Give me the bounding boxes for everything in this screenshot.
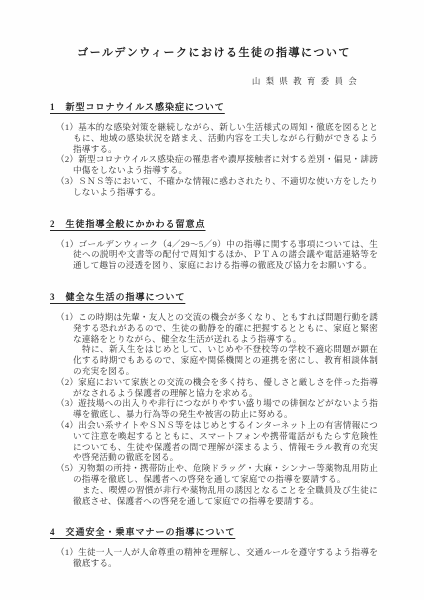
list-item: （2）家庭において家族との交流の機会を多く持ち、優しさと厳しさを伴った指導がなさ… — [56, 377, 378, 399]
list-item-continuation: また、喫煙の習慣が非行や薬物乱用の誘因となることを全職員及び生徒に徹底させ、保護… — [56, 485, 378, 507]
section-heading: 1 新型コロナウイルス感染症について — [50, 100, 378, 113]
page-title: ゴールデンウィークにおける生徒の指導について — [50, 44, 378, 60]
section-items: （1）この時期は先輩・友人との交流の機会が多くなり、ともすれば問題行動を誘発する… — [56, 312, 378, 506]
list-item-continuation: 特に、新入生をはじめとして、いじめや不登校等の学校不適応問題が顕在化する時期でも… — [56, 344, 378, 376]
section-covid: 1 新型コロナウイルス感染症について （1）基本的な感染対策を継続しながら、新し… — [50, 100, 378, 198]
list-item: （2）新型コロナウイルス感染症の罹患者や濃厚接触者に対する差別・偏見・誹謗中傷を… — [56, 154, 378, 176]
list-item: （1）ゴールデンウィーク（4／29～5／9）中の指導に関する事項については、生徒… — [56, 239, 378, 271]
list-item: （1）生徒一人一人が人命尊重の精神を理解し、交通ルールを遵守するよう指導を徹底す… — [56, 547, 378, 569]
list-item: （4）出会い系サイトやＳＮＳ等をはじめとするインターネット上の有害情報について注… — [56, 420, 378, 463]
list-item: （3）ＳＮＳ等において、不確かな情報に惑わされたり、不適切な使い方をしたりしない… — [56, 176, 378, 198]
section-heading: 2 生徒指導全般にかかわる留意点 — [50, 217, 378, 230]
section-healthy-life: 3 健全な生活の指導について （1）この時期は先輩・友人との交流の機会が多くなり… — [50, 290, 378, 506]
section-items: （1）基本的な感染対策を継続しながら、新しい生活様式の周知・徹底を図るとともに、… — [56, 122, 378, 198]
author-line: 山梨県教育委員会 — [50, 75, 378, 87]
section-items: （1）ゴールデンウィーク（4／29～5／9）中の指導に関する事項については、生徒… — [56, 239, 378, 271]
document-page: ゴールデンウィークにおける生徒の指導について 山梨県教育委員会 1 新型コロナウ… — [0, 0, 424, 600]
section-heading: 4 交通安全・乗車マナーの指導について — [50, 525, 378, 538]
section-items: （1）生徒一人一人が人命尊重の精神を理解し、交通ルールを遵守するよう指導を徹底す… — [56, 547, 378, 569]
section-traffic-safety: 4 交通安全・乗車マナーの指導について （1）生徒一人一人が人命尊重の精神を理解… — [50, 525, 378, 569]
list-item: （1）基本的な感染対策を継続しながら、新しい生活様式の周知・徹底を図るとともに、… — [56, 122, 378, 154]
list-item: （1）この時期は先輩・友人との交流の機会が多くなり、ともすれば問題行動を誘発する… — [56, 312, 378, 344]
section-general-guidance: 2 生徒指導全般にかかわる留意点 （1）ゴールデンウィーク（4／29～5／9）中… — [50, 217, 378, 271]
section-heading: 3 健全な生活の指導について — [50, 290, 378, 303]
list-item: （5）刃物類の所持・携帯防止や、危険ドラッグ・大麻・シンナー等薬物乱用防止の指導… — [56, 463, 378, 485]
list-item: （3）遊技場への出入りや非行につながりやすい盛り場での徘徊などがないよう指導を徹… — [56, 398, 378, 420]
